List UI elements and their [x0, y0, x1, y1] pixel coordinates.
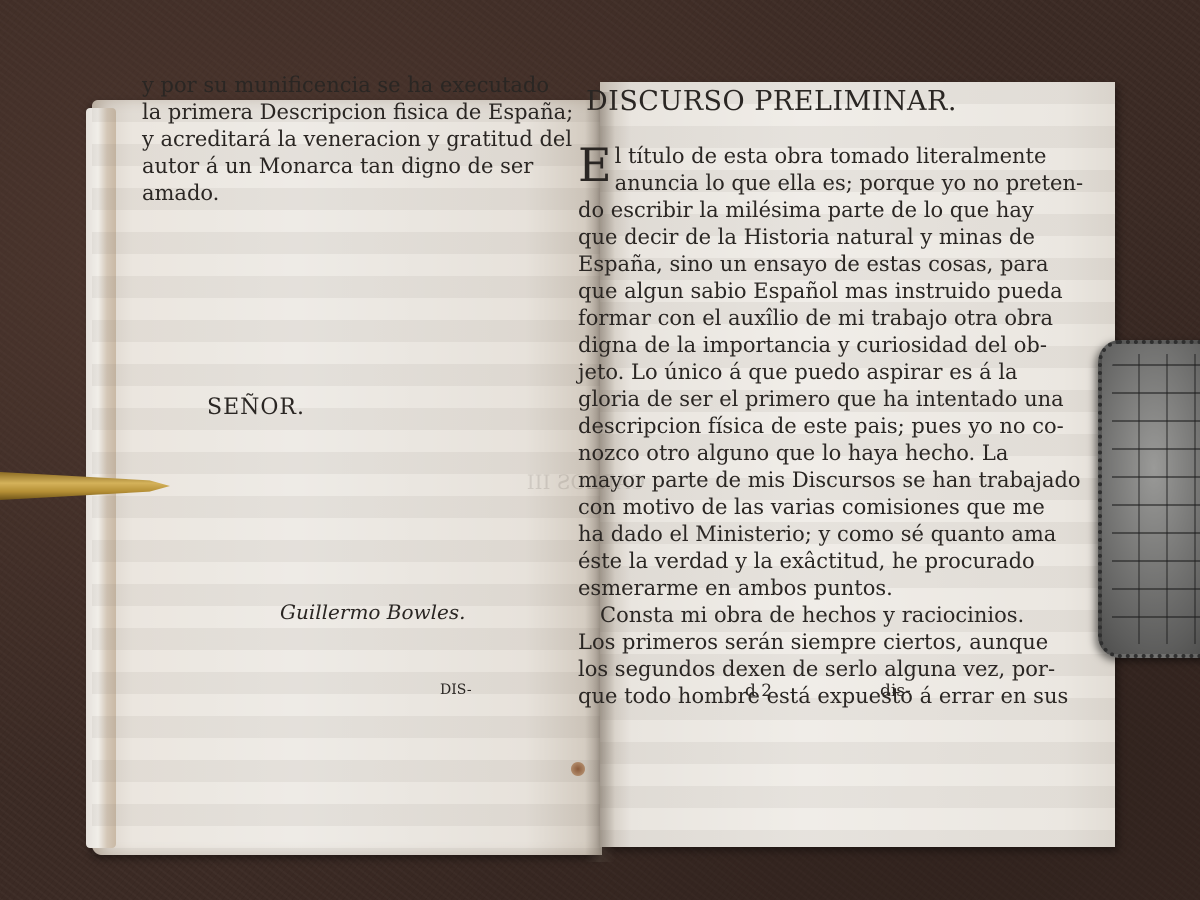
text-line: formar con el auxîlio de mi trabajo otra… [578, 305, 911, 332]
text-line: descripcion física de este pais; pues yo… [578, 413, 911, 440]
text-line: ha dado el Ministerio; y como sé quanto … [578, 521, 911, 548]
relief-pattern [1112, 354, 1200, 644]
text-line: éste la verdad y la exâctitud, he procur… [578, 548, 911, 575]
text-line: con motivo de las varias comisiones que … [578, 494, 911, 521]
catchword-left: DIS- [440, 682, 472, 698]
pewter-page-weight [1098, 340, 1200, 658]
text-line: la primera Descripcion fisica de España; [142, 99, 487, 126]
chapter-heading: DISCURSO PRELIMINAR. [586, 86, 957, 117]
text-line: do escribir la milésima parte de lo que … [578, 197, 911, 224]
drop-cap: E [578, 145, 612, 185]
left-page-text: y por su munificencia se ha executado la… [142, 72, 487, 207]
text-line: digna de la importancia y curiosidad del… [578, 332, 911, 359]
text-line: mayor parte de mis Discursos se han trab… [578, 467, 911, 494]
text-line: anuncia lo que ella es; porque yo no pre… [578, 170, 911, 197]
text-line: y por su munificencia se ha executado [142, 72, 487, 99]
text-line: amado. [142, 180, 487, 207]
text-line: que decir de la Historia natural y minas… [578, 224, 911, 251]
right-page-text: E l título de esta obra tomado literalme… [578, 143, 911, 710]
text-line: España, sino un ensayo de estas cosas, p… [578, 251, 911, 278]
text-line: y acreditará la veneracion y gratitud de… [142, 126, 487, 153]
salutation: SEÑOR. [207, 395, 305, 420]
author-signature: Guillermo Bowles. [280, 600, 466, 624]
text-line: l título de esta obra tomado literalment… [578, 143, 911, 170]
foxing-stain [571, 762, 585, 776]
text-line: Consta mi obra de hechos y raciocinios. [578, 602, 911, 629]
text-line: Los primeros serán siempre ciertos, aunq… [578, 629, 911, 656]
catchword-right: dis- [880, 681, 911, 701]
text-line: gloria de ser el primero que ha intentad… [578, 386, 911, 413]
text-line: que algun sabio Español mas instruido pu… [578, 278, 911, 305]
text-line: autor á un Monarca tan digno de ser [142, 153, 487, 180]
text-line: jeto. Lo único á que puedo aspirar es á … [578, 359, 911, 386]
signature-mark: d 2 [745, 681, 772, 701]
text-line: los segundos dexen de serlo alguna vez, … [578, 656, 911, 683]
text-line: nozco otro alguno que lo haya hecho. La [578, 440, 911, 467]
text-line: esmerarme en ambos puntos. [578, 575, 911, 602]
